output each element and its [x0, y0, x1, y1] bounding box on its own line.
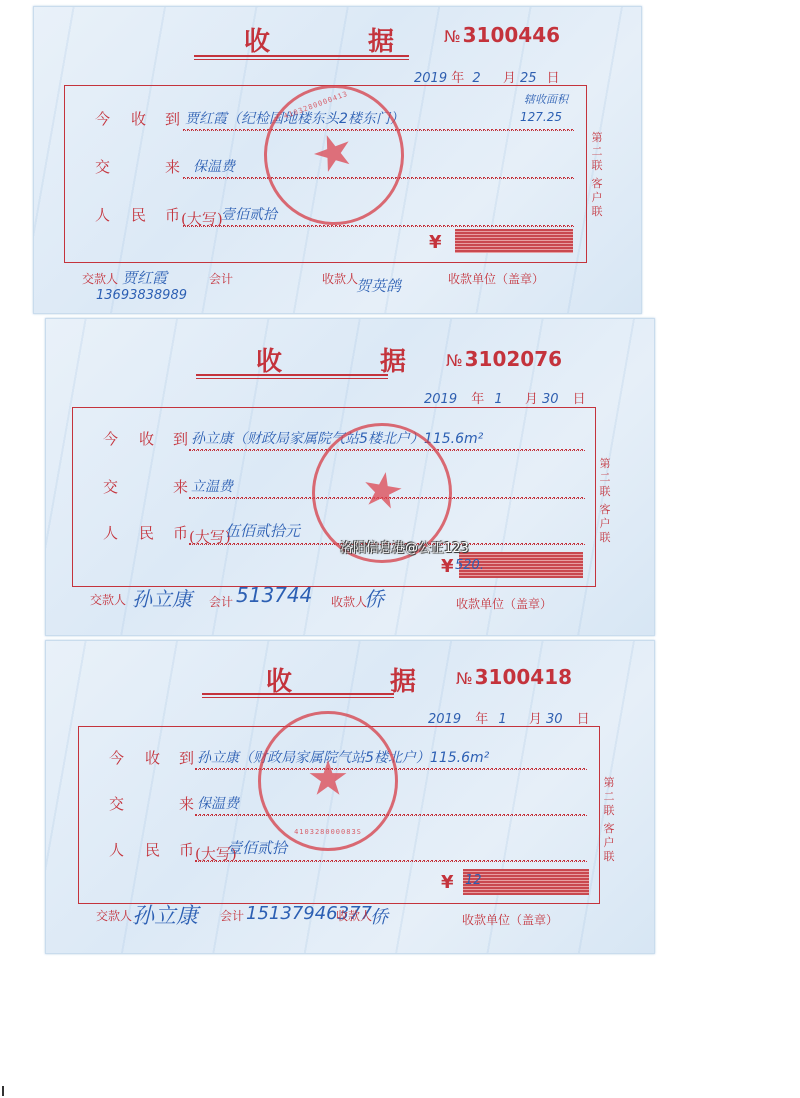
copy-char: 户 — [598, 517, 612, 531]
amount-figure-box — [455, 229, 573, 253]
payer-name: 贾红霞 — [122, 267, 167, 288]
date-month: 2 — [472, 71, 480, 86]
yen-symbol: ¥ — [441, 556, 454, 577]
star-icon: ★ — [357, 463, 408, 518]
label-char: 币 — [165, 204, 180, 225]
date-month: 1 — [494, 392, 502, 407]
copy-char: 二 — [602, 790, 616, 804]
label-char: 人 — [103, 522, 118, 543]
copy-char: 户 — [590, 191, 604, 205]
year-label: 年 — [471, 392, 484, 407]
serial-number: №3102076 — [446, 347, 562, 371]
watermark: 洛阳信息港@公正123 — [340, 537, 469, 556]
label-char: 币 — [173, 522, 188, 543]
label-char: 来 — [173, 476, 188, 497]
star-icon: ★ — [306, 755, 349, 803]
underline — [195, 857, 587, 862]
accountant-label: 会计 — [220, 907, 244, 924]
yen-symbol: ¥ — [441, 872, 454, 893]
accountant-note: 513744 — [236, 583, 312, 607]
serial-value: 3100446 — [463, 23, 560, 47]
label-char: 到 — [179, 747, 194, 768]
label-char: 收 — [131, 108, 146, 129]
underline — [195, 811, 587, 816]
label-char: 今 — [95, 108, 110, 129]
payee-unit-label: 收款单位（盖章） — [456, 595, 552, 612]
year-label: 年 — [475, 712, 488, 727]
seal-code: 410328000083S — [261, 828, 395, 836]
payer-label: 交款人 — [82, 270, 118, 287]
cashier-signature: 贺英鸽 — [356, 275, 401, 296]
date-day: 30 — [542, 392, 559, 407]
amount-words-value: 壹佰贰拾 — [221, 204, 277, 224]
label-char: 币 — [179, 839, 194, 860]
title-char: 收 — [244, 21, 270, 58]
copy-char: 联 — [598, 485, 612, 499]
paid-for-value: 立温费 — [191, 476, 233, 496]
label-char: 交 — [109, 793, 124, 814]
title-underline — [194, 55, 409, 60]
label-char: 民 — [139, 522, 154, 543]
label-char: 到 — [173, 428, 188, 449]
payer-name: 孙立康 — [132, 583, 192, 612]
serial-prefix: № — [446, 351, 463, 370]
label-char: 来 — [179, 793, 194, 814]
copy-char: 二 — [598, 471, 612, 485]
year-label: 年 — [451, 71, 464, 86]
copy-label: 第 二 联 客 户 联 — [602, 776, 616, 864]
payee-unit-label: 收款单位（盖章） — [448, 270, 544, 287]
accountant-label: 会计 — [209, 270, 233, 287]
date-year: 2019 — [424, 392, 457, 407]
label-char: 今 — [109, 747, 124, 768]
copy-char: 二 — [590, 145, 604, 159]
copy-char: 联 — [602, 850, 616, 864]
label-char: 人 — [109, 839, 124, 860]
copy-char: 客 — [602, 822, 616, 836]
label-char: 交 — [95, 156, 110, 177]
receipt-date: 2019 年 1 月 30 日 — [424, 388, 586, 407]
underline — [183, 222, 574, 227]
amount-words-value: 壹佰贰拾 — [227, 837, 287, 858]
copy-label: 第 二 联 客 户 联 — [590, 131, 604, 219]
serial-value: 3100418 — [475, 665, 572, 689]
serial-number: №3100418 — [456, 665, 572, 689]
day-label: 日 — [573, 392, 586, 407]
amount-figure-box — [463, 869, 589, 895]
cashier-label: 收款人 — [336, 907, 372, 924]
label-char: 来 — [165, 156, 180, 177]
payer-name: 孙立康 — [132, 899, 198, 930]
yen-symbol: ¥ — [429, 232, 442, 253]
payer-label: 交款人 — [96, 907, 132, 924]
paid-for-value: 保温费 — [197, 793, 239, 813]
label-char: 今 — [103, 428, 118, 449]
title-char: 据 — [380, 341, 406, 378]
copy-char: 第 — [602, 776, 616, 790]
receipt-3: 收 据 №3100418 2019 年 1 月 30 日 今 收 到 孙立康（财… — [45, 640, 655, 954]
accountant-label: 会计 — [209, 593, 233, 610]
payee-unit-label: 收款单位（盖章） — [462, 911, 558, 928]
paid-for-value: 保温费 — [193, 156, 235, 176]
amount-figure-value: 520. — [455, 558, 484, 573]
copy-char: 联 — [590, 205, 604, 219]
date-month: 1 — [498, 712, 506, 727]
cashier-signature: 侨 — [364, 583, 384, 612]
company-seal: ★ 410328000083S — [258, 711, 398, 851]
cashier-signature: 侨 — [370, 903, 388, 929]
label-char: 人 — [95, 204, 110, 225]
serial-prefix: № — [456, 669, 473, 688]
cashier-label: 收款人 — [331, 593, 367, 610]
date-day: 30 — [546, 712, 563, 727]
payer-phone: 13693838989 — [96, 288, 187, 303]
copy-char: 联 — [598, 531, 612, 545]
copy-char: 第 — [598, 457, 612, 471]
date-year: 2019 — [414, 71, 447, 86]
receipt-date: 2019 年 2 月 25 日 — [414, 67, 560, 86]
serial-prefix: № — [444, 27, 461, 46]
month-label: 月 — [529, 712, 542, 727]
serial-value: 3102076 — [465, 347, 562, 371]
label-char: 收 — [145, 747, 160, 768]
label-char: 收 — [139, 428, 154, 449]
label-char: 交 — [103, 476, 118, 497]
label-char: 民 — [131, 204, 146, 225]
amount-words-value: 伍佰贰拾元 — [225, 520, 300, 541]
receipt-2: 收 据 №3102076 2019 年 1 月 30 日 今 收 到 孙立康（财… — [45, 318, 655, 636]
label-char: 到 — [165, 108, 180, 129]
star-icon: ★ — [305, 123, 362, 183]
title-char: 收 — [256, 341, 282, 378]
copy-char: 联 — [590, 159, 604, 173]
copy-char: 联 — [602, 804, 616, 818]
day-label: 日 — [577, 712, 590, 727]
amount-figure-value: 12 — [465, 873, 482, 888]
receipt-date: 2019 年 1 月 30 日 — [428, 708, 590, 727]
copy-label: 第 二 联 客 户 联 — [598, 457, 612, 545]
date-day: 25 — [520, 71, 537, 86]
payer-label: 交款人 — [90, 591, 126, 608]
scan-corner-mark — [2, 1086, 4, 1096]
month-label: 月 — [503, 71, 516, 86]
label-char: 民 — [145, 839, 160, 860]
copy-char: 客 — [598, 503, 612, 517]
area-value: 127.25 — [520, 110, 562, 124]
title-char: 据 — [368, 21, 394, 58]
day-label: 日 — [547, 71, 560, 86]
month-label: 月 — [525, 392, 538, 407]
title-underline — [202, 693, 394, 698]
receipt-1: 收 据 №3100446 2019 年 2 月 25 日 辖收面积 今 收 到 … — [33, 6, 642, 314]
date-year: 2019 — [428, 712, 461, 727]
copy-char: 客 — [590, 177, 604, 191]
title-underline — [196, 374, 388, 379]
copy-char: 户 — [602, 836, 616, 850]
copy-char: 第 — [590, 131, 604, 145]
cashier-label: 收款人 — [322, 270, 358, 287]
serial-number: №3100446 — [444, 23, 560, 47]
